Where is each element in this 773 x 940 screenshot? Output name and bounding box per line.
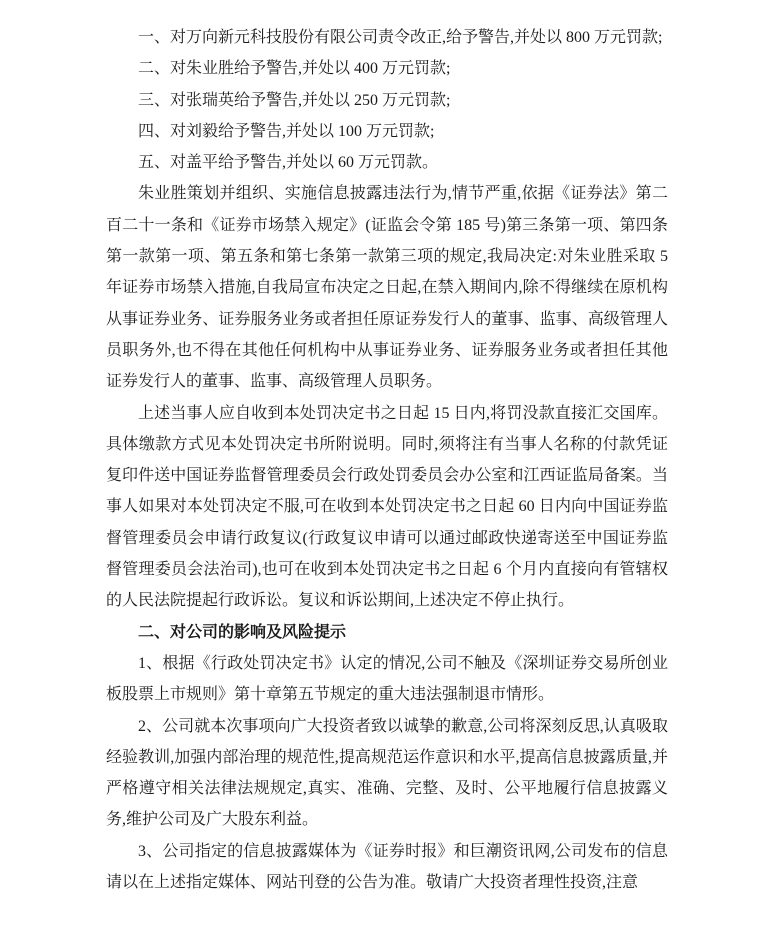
document-body: 一、对万向新元科技股份有限公司责令改正,给予警告,并处以 800 万元罚款; 二… xyxy=(0,0,773,898)
impact-paragraph-delisting: 1、根据《行政处罚决定书》认定的情况,公司不触及《深圳证券交易所创业板股票上市规… xyxy=(106,648,668,711)
impact-paragraph-apology: 2、公司就本次事项向广大投资者致以诚挚的歉意,公司将深刻反思,认真吸取经验教训,… xyxy=(106,711,668,836)
penalty-item-zhuyesheng: 二、对朱业胜给予警告,并处以 400 万元罚款; xyxy=(106,53,668,84)
penalty-item-gaiping: 五、对盖平给予警告,并处以 60 万元罚款。 xyxy=(106,147,668,178)
payment-appeal-paragraph: 上述当事人应自收到本处罚决定书之日起 15 日内,将罚没款直接汇交国库。具体缴款… xyxy=(106,398,668,617)
document-page: 一、对万向新元科技股份有限公司责令改正,给予警告,并处以 800 万元罚款; 二… xyxy=(0,0,773,940)
market-ban-paragraph: 朱业胜策划并组织、实施信息披露违法行为,情节严重,依据《证券法》第二百二十一条和… xyxy=(106,178,668,397)
penalty-item-company: 一、对万向新元科技股份有限公司责令改正,给予警告,并处以 800 万元罚款; xyxy=(106,22,668,53)
impact-paragraph-media: 3、公司指定的信息披露媒体为《证券时报》和巨潮资讯网,公司发布的信息请以在上述指… xyxy=(106,836,668,899)
penalty-item-liuyi: 四、对刘毅给予警告,并处以 100 万元罚款; xyxy=(106,116,668,147)
section2-heading: 二、对公司的影响及风险提示 xyxy=(106,617,668,648)
penalty-item-zhangruiying: 三、对张瑞英给予警告,并处以 250 万元罚款; xyxy=(106,85,668,116)
